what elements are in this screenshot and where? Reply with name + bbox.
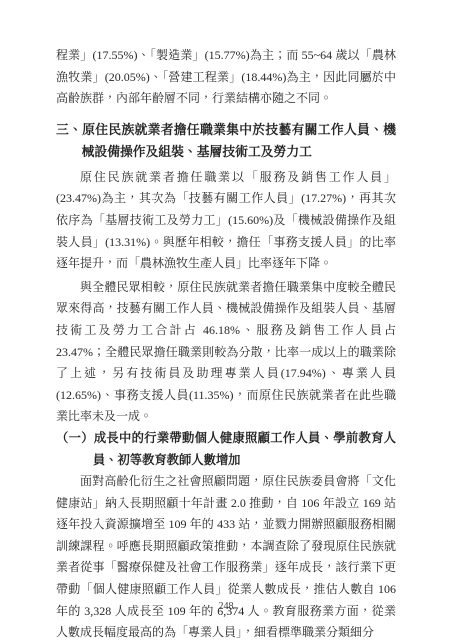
paragraph-population-comparison: 與全體民眾相較，原住民族就業者擔任職業集中度較全體民眾來得高，技藝有關工作人員、… xyxy=(56,277,396,428)
section-heading-marker: 三、 xyxy=(56,123,82,137)
subsection-heading-marker: （一） xyxy=(56,431,94,445)
section-heading-text: 原住民族就業者擔任職業集中於技藝有關工作人員、機械設備操作及組裝、基層技術工及勞… xyxy=(82,123,396,159)
paragraph-industry-continuation: 程業」(17.55%)、「製造業」(15.77%)為主；而 55~64 歲以「農… xyxy=(56,45,396,110)
section-heading: 三、原住民族就業者擔任職業集中於技藝有關工作人員、機械設備操作及組裝、基層技術工… xyxy=(56,119,396,163)
page-number: 248 xyxy=(0,601,452,612)
document-page: 程業」(17.55%)、「製造業」(15.77%)為主；而 55~64 歲以「農… xyxy=(0,0,452,640)
paragraph-care-worker-growth: 面對高齡化衍生之社會照顧問題，原住民族委員會將「文化健康站」納入長期照顧十年計畫… xyxy=(56,471,396,640)
subsection-heading-text: 成長中的行業帶動個人健康照顧工作人員、學前教育人員、初等教育教師人數增加 xyxy=(93,431,396,467)
paragraph-occupation-distribution: 原住民族就業者擔任職業以「服務及銷售工作人員」(23.47%)為主，其次為「技藝… xyxy=(56,167,396,275)
subsection-heading: （一）成長中的行業帶動個人健康照顧工作人員、學前教育人員、初等教育教師人數增加 xyxy=(56,428,396,471)
